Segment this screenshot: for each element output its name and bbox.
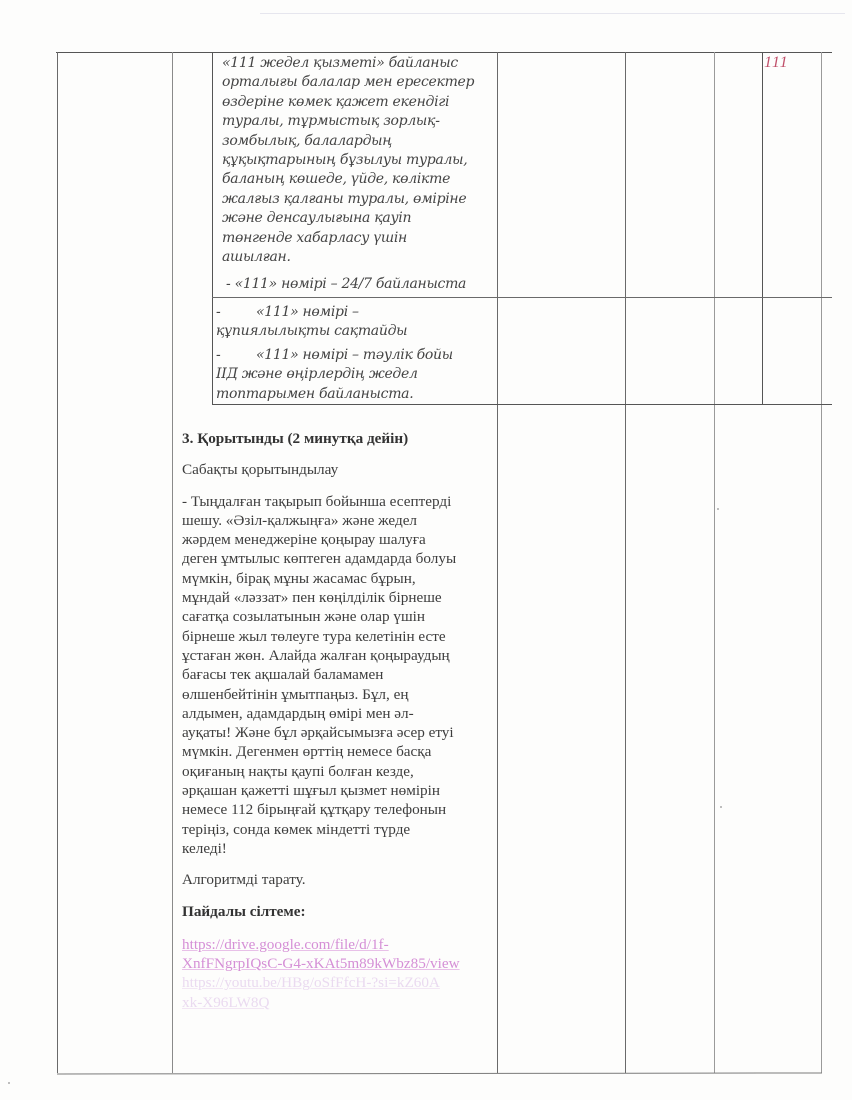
bullet-dash: -: [216, 346, 256, 365]
useful-link-label: Пайдалы сілтеме:: [182, 902, 496, 921]
table-left-border: [57, 52, 58, 1073]
text-line: туралы, тұрмыстық зорлық-: [222, 112, 494, 131]
text-line: оқиғаның нақты қаупі болған кезде,: [182, 762, 496, 781]
table-right-border: [821, 52, 822, 1073]
algorithm-note: Алгоритмді тарату.: [182, 870, 496, 889]
text-line: ІІД және өңірлердің жедел: [216, 365, 494, 384]
conclusion-cell: 3. Қорытынды (2 минутқа дейін) Сабақты қ…: [182, 429, 496, 1012]
scan-speck: [8, 1082, 10, 1084]
hotline-description-cell: «111 жедел қызметі» байланыс орталығы ба…: [222, 54, 494, 295]
links-list: https://drive.google.com/file/d/1f- XnfF…: [182, 935, 496, 1012]
text-line: немесе 112 бірыңғай құтқару телефонын: [182, 800, 496, 819]
text-line: құқықтарының бұзылуы туралы,: [222, 151, 494, 170]
hotline-description-paragraph: «111 жедел қызметі» байланыс орталығы ба…: [222, 54, 494, 267]
bullet-dash: -: [216, 303, 256, 322]
text-line: өздеріне көмек қажет екендігі: [222, 93, 494, 112]
text-line: әрқашан қажетті шұғыл қызмет нөмірін: [182, 781, 496, 800]
nested-cell-left-border: [212, 52, 213, 404]
text-line: бірнеше жыл төлеуге тура келетінін есте: [182, 627, 496, 646]
text-line: топтарымен байланыста.: [216, 385, 494, 404]
row-divider: [212, 404, 832, 405]
scan-speck: [720, 806, 722, 808]
hotline-features-cell: - «111» нөмірі – құпиялылықты сақтайды -…: [216, 303, 494, 404]
youtube-link[interactable]: https://youtu.be/HBg/oSfFfcH-?si=kZ60A x…: [182, 973, 496, 1012]
text-line: ашылған.: [222, 248, 494, 267]
text-line: өлшенбейтінін ұмытпаңыз. Бұл, ең: [182, 685, 496, 704]
column-divider: [714, 52, 715, 1073]
hotline-number-marker: 111: [764, 54, 789, 72]
text-line: жалғыз қалғаны туралы, өміріне: [222, 190, 494, 209]
conclusion-body: - Тыңдалған тақырып бойынша есептерді ше…: [182, 492, 496, 859]
text-line: мұндай «ләззат» пен көңілділік бірнеше: [182, 588, 496, 607]
text-line: жәрдем менеджеріне қоңырау шалуға: [182, 530, 496, 549]
column-divider: [625, 52, 626, 1073]
text-line: деген ұмтылыс көптеген адамдарда болуы: [182, 549, 496, 568]
text-line: келеді!: [182, 839, 496, 858]
conclusion-heading: 3. Қорытынды (2 минутқа дейін): [182, 429, 496, 448]
text-line: теріңіз, сонда көмек міндетті түрде: [182, 820, 496, 839]
column-divider: [497, 52, 498, 1073]
link-line: https://drive.google.com/file/d/1f-: [182, 935, 496, 954]
marker-column-divider: [762, 52, 763, 404]
bullet-confidentiality: - «111» нөмірі – құпиялылықты сақтайды: [216, 303, 494, 342]
text-line: бағасы тек ақшалай баламамен: [182, 665, 496, 684]
row-divider: [212, 297, 832, 298]
text-line: «111» нөмірі –: [256, 303, 359, 322]
text-line: ұстаған жөн. Алайда жалған қоңыраудың: [182, 646, 496, 665]
text-line: шешу. «Әзіл-қалжыңға» және жедел: [182, 511, 496, 530]
text-line: мүмкін. Дегенмен өрттің немесе басқа: [182, 742, 496, 761]
text-line: «111 жедел қызметі» байланыс: [222, 54, 494, 73]
conclusion-subheading: Сабақты қорытындылау: [182, 460, 496, 479]
text-line: зомбылық, балалардың: [222, 132, 494, 151]
text-line: мүмкін, бірақ мұны жасамас бұрын,: [182, 569, 496, 588]
table-bottom-border: [57, 1072, 822, 1074]
bullet-24-7: - «111» нөмірі – 24/7 байланыста: [222, 275, 494, 294]
text-line: және денсаулығына қауіп: [222, 209, 494, 228]
text-line: баланың көшеде, үйде, көлікте: [222, 170, 494, 189]
link-line: https://youtu.be/HBg/oSfFfcH-?si=kZ60A: [182, 973, 496, 992]
text-line: сағатқа созылатынын және олар үшін: [182, 607, 496, 626]
drive-link[interactable]: https://drive.google.com/file/d/1f- XnfF…: [182, 935, 496, 974]
scan-speck: [717, 508, 719, 510]
text-line: алдымен, адамдардың өмірі мен әл-: [182, 704, 496, 723]
text-line: - Тыңдалған тақырып бойынша есептерді: [182, 492, 496, 511]
column-divider: [172, 52, 173, 1073]
text-line: құпиялылықты сақтайды: [216, 322, 494, 341]
text-line: төнгенде хабарласу үшін: [222, 229, 494, 248]
scan-artifact-line: [260, 13, 845, 14]
text-line: ауқаты! Және бұл әрқайсымызға әсер етуі: [182, 723, 496, 742]
bullet-round-the-clock: - «111» нөмірі – тәулік бойы ІІД және өң…: [216, 346, 494, 404]
text-line: орталығы балалар мен ересектер: [222, 73, 494, 92]
text-line: «111» нөмірі – тәулік бойы: [256, 346, 453, 365]
link-line: xk-X96LW8Q: [182, 993, 496, 1012]
link-line: XnfFNgrpIQsC-G4-xKAt5m89kWbz85/view: [182, 954, 496, 973]
